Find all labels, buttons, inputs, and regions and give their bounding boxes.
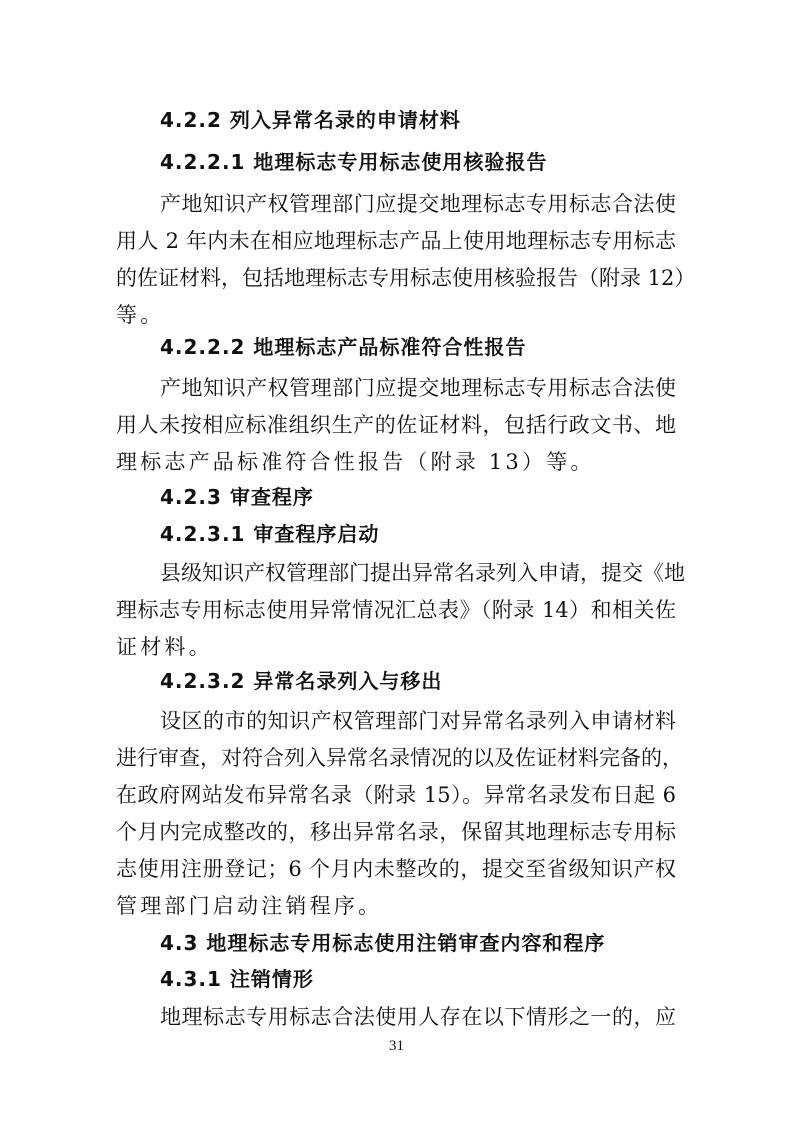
paragraph-line: 理标志产品标准符合性报告（附录 13）等。 — [116, 446, 676, 476]
paragraph-line: 产地知识产权管理部门应提交地理标志专用标志合法使 — [160, 372, 676, 402]
heading-4-3-1: 4.3.1 注销情形 — [160, 963, 720, 992]
heading-4-2-2-2: 4.2.2.2 地理标志产品标准符合性报告 — [160, 331, 720, 360]
heading-4-2-2-1: 4.2.2.1 地理标志专用标志使用核验报告 — [160, 146, 720, 175]
paragraph-line: 管理部门启动注销程序。 — [116, 890, 676, 920]
heading-4-2-3-1: 4.2.3.1 审查程序启动 — [160, 518, 720, 547]
paragraph-line: 县级知识产权管理部门提出异常名录列入申请，提交《地 — [160, 557, 676, 587]
paragraph-line: 用人 2 年内未在相应地理标志产品上使用地理标志专用标志 — [116, 225, 676, 255]
paragraph-line: 产地知识产权管理部门应提交地理标志专用标志合法使 — [160, 188, 676, 218]
paragraph-line: 的佐证材料，包括地理标志专用标志使用核验报告（附录 12） — [116, 262, 676, 292]
paragraph-line: 志使用注册登记；6 个月内未整改的，提交至省级知识产权 — [116, 853, 676, 883]
heading-4-3: 4.3 地理标志专用标志使用注销审查内容和程序 — [160, 927, 720, 956]
heading-4-2-3-2: 4.2.3.2 异常名录列入与移出 — [160, 665, 720, 694]
heading-4-2-3: 4.2.3 审查程序 — [160, 481, 720, 510]
paragraph-line: 进行审查，对符合列入异常名录情况的以及佐证材料完备的， — [116, 742, 676, 772]
paragraph-line: 理标志专用标志使用异常情况汇总表》（附录 14）和相关佐 — [116, 594, 676, 624]
paragraph-line: 设区的市的知识产权管理部门对异常名录列入申请材料 — [160, 705, 676, 735]
heading-4-2-2: 4.2.2 列入异常名录的申请材料 — [160, 104, 720, 133]
paragraph-line: 证材料。 — [116, 631, 676, 661]
paragraph-line: 地理标志专用标志合法使用人存在以下情形之一的，应 — [160, 1001, 676, 1031]
paragraph-line: 等。 — [116, 299, 676, 329]
paragraph-line: 用人未按相应标准组织生产的佐证材料，包括行政文书、地 — [116, 409, 676, 439]
page-number: 31 — [0, 1038, 793, 1055]
paragraph-line: 个月内完成整改的，移出异常名录，保留其地理标志专用标 — [116, 816, 676, 846]
paragraph-line: 在政府网站发布异常名录（附录 15）。异常名录发布日起 6 — [116, 779, 676, 809]
